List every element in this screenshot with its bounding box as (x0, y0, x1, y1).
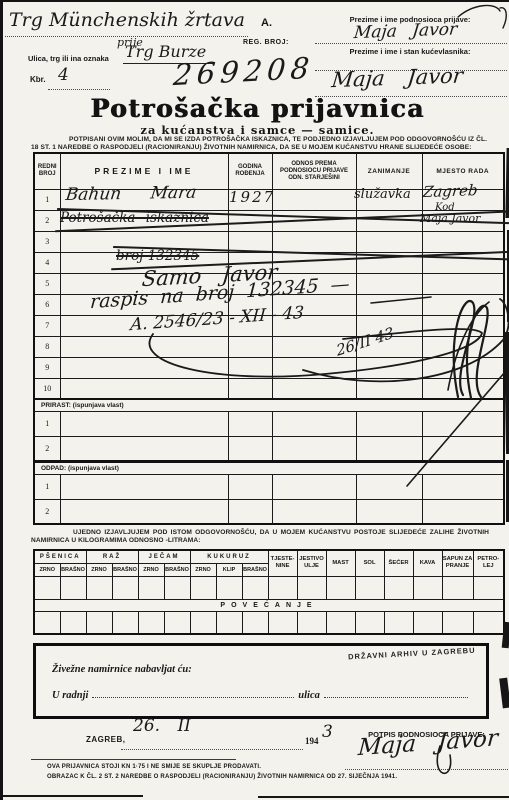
purchase-line: U radnji ulica (52, 690, 472, 701)
row-number-cell: 6 (34, 294, 60, 315)
footer-rule (31, 759, 236, 760)
kbr-dotted-line (48, 88, 110, 90)
empty-cell (422, 436, 504, 461)
col-header-sapun: SAPUN ZA PRANJE (442, 550, 473, 576)
prirast-label: PRIRAST: (ispunjava vlast) (34, 399, 504, 411)
landlord-value-handwritten: Maja Javor (330, 63, 464, 92)
empty-cell (356, 474, 422, 499)
empty-cell (164, 611, 190, 634)
empty-cell (112, 611, 138, 634)
empty-cell (356, 436, 422, 461)
empty-cell (355, 576, 384, 599)
empty-cell (60, 411, 228, 436)
col-header-tjestenine: TJESTE-NINE (268, 550, 297, 576)
workplace-cell (422, 336, 504, 357)
declaration-text: POTPISANI OVIM MOLIM, DA MI SE IZDA POTR… (31, 136, 487, 152)
odpad-row: 2 (34, 499, 504, 524)
row2-struck-entry: Potrošačka iskaznica (60, 210, 509, 226)
occupation-cell (356, 273, 422, 294)
empty-cell (442, 576, 473, 599)
row-number-cell: 2 (34, 499, 60, 524)
relation-cell (272, 378, 356, 399)
col-header-petrolej: PETRO-LEJ (473, 550, 504, 576)
empty-cell (86, 611, 112, 634)
row-number-cell: 1 (34, 474, 60, 499)
subcol-header-brasno: BRAŠNO (164, 563, 190, 576)
address-label: Ulica, trg ili ina oznaka (28, 54, 109, 63)
col-header-odnos: ODNOS PREMA PODNOSIOCU PRIJAVE ODN. STAR… (272, 153, 356, 189)
applicant-dotted-line (315, 42, 507, 44)
empty-cell (190, 576, 216, 599)
kbr-label: Kbr. (30, 75, 46, 84)
city-label: ZAGREB, (86, 735, 126, 744)
prirast-table: PRIRAST: (ispunjava vlast) 1 2 (33, 398, 505, 462)
empty-cell (228, 436, 272, 461)
subcol-header-brasno: BRAŠNO (60, 563, 86, 576)
povecanje-label: POVEĆANJE (34, 599, 504, 611)
prirast-row: 1 (34, 411, 504, 436)
signature-dotted-line (345, 768, 508, 770)
address-handwritten: Trg Münchenskih žrtava (9, 9, 245, 31)
year-cell (228, 336, 272, 357)
name-cell (60, 378, 228, 399)
col-header-mast: MAST (326, 550, 355, 576)
empty-cell (272, 436, 356, 461)
subcol-header-zrno: ZRNO (86, 563, 112, 576)
empty-cell (216, 611, 242, 634)
empty-cell (473, 576, 504, 599)
year-cell (228, 357, 272, 378)
year-prefix: 194 (305, 736, 319, 746)
empty-cell (216, 576, 242, 599)
fine-print-line-2: OBRAZAC K ČL. 2 ST. 2 NAREDBE O RASPODJE… (47, 774, 397, 780)
name-cell (60, 336, 228, 357)
empty-cell (413, 576, 442, 599)
row3-struck-entry: broj 132345 (116, 248, 509, 264)
year-digit-handwritten: 3 (322, 722, 333, 742)
purchase-intro: Živežne namirnice nabavljat ću: (52, 664, 192, 675)
empty-cell (422, 411, 504, 436)
reg-number-label: REG. BROJ: (243, 39, 289, 46)
subcol-header-brasno: BRAŠNO (242, 563, 268, 576)
col-header-redni-broj: REDNI BROJ (34, 153, 60, 189)
col-header-jestivo-ulje: JESTIVO ULJE (297, 550, 326, 576)
empty-cell (112, 576, 138, 599)
empty-cell (228, 411, 272, 436)
odpad-label: ODPAD: (ispunjava vlast) (34, 462, 504, 474)
row-number-cell: 8 (34, 336, 60, 357)
group-header-kukuruz: KUKURUZ (190, 550, 268, 563)
empty-cell (60, 474, 228, 499)
empty-cell (138, 576, 164, 599)
prirast-row: 2 (34, 436, 504, 461)
name-cell (60, 357, 228, 378)
supplies-intro-text: UJEDNO IZJAVLJUJEM POD ISTOM ODGOVORNOŠĆ… (31, 529, 489, 545)
empty-cell (442, 611, 473, 634)
kbr-value-handwritten: 4 (58, 65, 69, 85)
row1-occupation-handwritten: služavka (354, 187, 411, 202)
subcol-header-zrno: ZRNO (190, 563, 216, 576)
relation-cell (272, 357, 356, 378)
empty-cell (355, 611, 384, 634)
scan-bottom-border (3, 795, 143, 797)
supplies-values-row (34, 611, 504, 634)
row1-workplace-handwritten: Zagreb (422, 181, 478, 201)
empty-cell (242, 611, 268, 634)
empty-cell (60, 576, 86, 599)
shop-label: U radnji (52, 690, 88, 701)
empty-cell (272, 474, 356, 499)
year-cell (228, 378, 272, 399)
person-row: 9 (34, 357, 504, 378)
empty-cell (190, 611, 216, 634)
empty-cell (228, 474, 272, 499)
scan-edge-mark (505, 148, 509, 218)
empty-cell (326, 611, 355, 634)
subcol-header-zrno: ZRNO (138, 563, 164, 576)
row-number-cell: 5 (34, 273, 60, 294)
occupation-cell (356, 357, 422, 378)
date-handwritten: 26. II (133, 716, 191, 736)
empty-cell (272, 411, 356, 436)
empty-cell (384, 576, 413, 599)
workplace-cell (422, 315, 504, 336)
row1-year-handwritten: 1927 (229, 188, 275, 206)
row-number-cell: 1 (34, 411, 60, 436)
col-header-kava: KAVA (413, 550, 442, 576)
empty-cell (422, 499, 504, 524)
col-header-secer: ŠEĆER (384, 550, 413, 576)
row-number-cell: 4 (34, 252, 60, 273)
empty-cell (60, 611, 86, 634)
empty-cell (242, 576, 268, 599)
row-number-cell: 2 (34, 436, 60, 461)
empty-cell (297, 576, 326, 599)
empty-cell (60, 499, 228, 524)
form-title: Potrošačka prijavnica (3, 94, 509, 123)
group-header-jecam: JEČAM (138, 550, 190, 563)
supplies-values-row (34, 576, 504, 599)
empty-cell (384, 611, 413, 634)
row-number-cell: 1 (34, 189, 60, 210)
row-number-cell: 3 (34, 231, 60, 252)
subcol-header-klip: KLIP (216, 563, 242, 576)
applicant-value-handwritten: Maja Javor (353, 19, 458, 43)
subcol-header-zrno: ZRNO (34, 563, 60, 576)
col-header-godina: GODINA ROĐENJA (228, 153, 272, 189)
empty-cell (34, 576, 60, 599)
date-dotted-line (121, 748, 303, 750)
reg-number-value: 269208 (172, 51, 316, 93)
row-number-cell: 10 (34, 378, 60, 399)
scan-bottom-border (258, 796, 509, 798)
empty-cell (268, 611, 297, 634)
empty-cell (272, 499, 356, 524)
empty-cell (356, 411, 422, 436)
landlord-label: Prezime i ime i stan kućevlasnika: (315, 47, 505, 56)
empty-cell (422, 474, 504, 499)
empty-cell (60, 436, 228, 461)
shop-dotted-leader (92, 697, 294, 698)
empty-cell (34, 611, 60, 634)
relation-cell (272, 189, 356, 210)
empty-cell (413, 611, 442, 634)
row-number-cell: 9 (34, 357, 60, 378)
col-header-sol: SOL (355, 550, 384, 576)
person-row: 10 (34, 378, 504, 399)
subcol-header-brasno: BRAŠNO (112, 563, 138, 576)
section-letter: A. (261, 17, 272, 29)
workplace-cell (422, 357, 504, 378)
empty-cell (228, 499, 272, 524)
col-header-zanimanje: ZANIMANJE (356, 153, 422, 189)
empty-cell (164, 576, 190, 599)
workplace-cell (422, 294, 504, 315)
empty-cell (268, 576, 297, 599)
person-row: 8 (34, 336, 504, 357)
workplace-cell (422, 378, 504, 399)
workplace-cell (422, 273, 504, 294)
odpad-row: 1 (34, 474, 504, 499)
empty-cell (473, 611, 504, 634)
occupation-cell (356, 294, 422, 315)
form-subtitle: za kućanstva i samce — samice. (3, 123, 509, 137)
group-header-psenica: PŠENICA (34, 550, 86, 563)
row-number-cell: 7 (34, 315, 60, 336)
occupation-cell (356, 378, 422, 399)
empty-cell (297, 611, 326, 634)
street-label: ulica (298, 690, 320, 701)
row-number-cell: 2 (34, 210, 60, 231)
street-dotted-leader (324, 697, 468, 698)
empty-cell (326, 576, 355, 599)
fine-print-line-1: OVA PRIJAVNICA STOJI KN 1·75 I NE SMIJE … (47, 764, 261, 770)
purchase-box: DRŽAVNI ARHIV U ZAGREBU Živežne namirnic… (33, 643, 489, 719)
empty-cell (86, 576, 112, 599)
scanned-form-page: Trg Münchenskih žrtava prije Ulica, trg … (0, 0, 509, 800)
odpad-table: ODPAD: (ispunjava vlast) 1 2 (33, 461, 505, 525)
supplies-table: PŠENICA RAŽ JEČAM KUKURUZ TJESTE-NINE JE… (33, 549, 505, 635)
empty-cell (356, 499, 422, 524)
empty-cell (138, 611, 164, 634)
scan-edge-mark (499, 678, 509, 709)
archive-stamp: DRŽAVNI ARHIV U ZAGREBU (348, 646, 476, 662)
row1-name-handwritten: Bahun Mara (65, 183, 198, 205)
group-header-raz: RAŽ (86, 550, 138, 563)
